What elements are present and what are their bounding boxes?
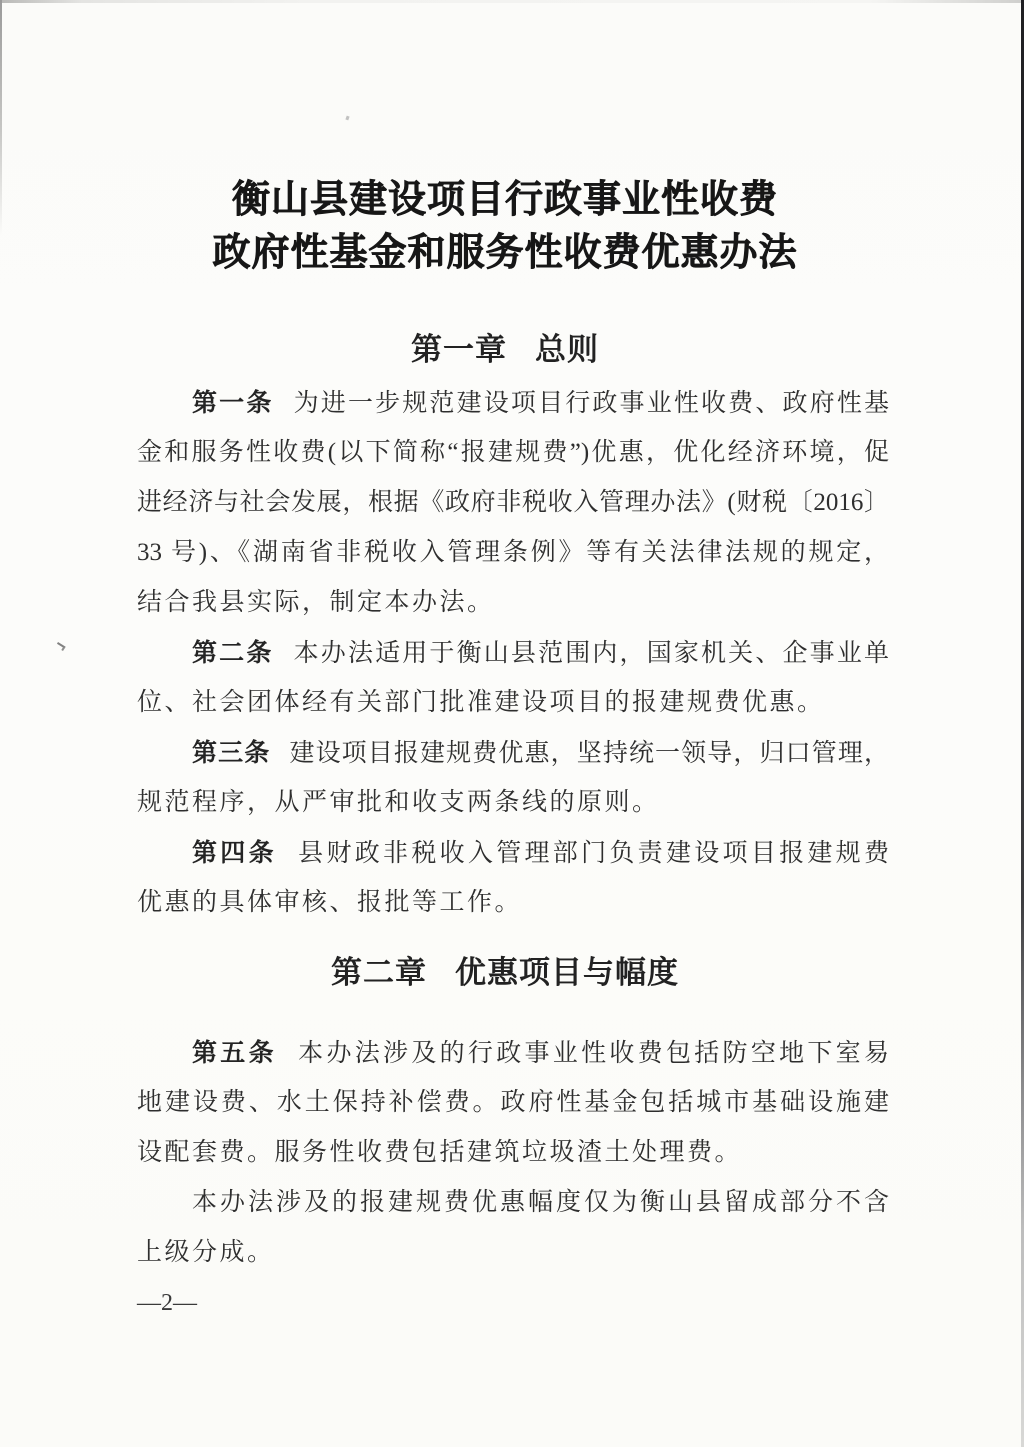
scanned-document-page: 衡山县建设项目行政事业性收费 政府性基金和服务性收费优惠办法 第一章总则 第一条… <box>0 0 1024 1447</box>
article-1-text: 为进一步规范建设项目行政事业性收费、政府性基 <box>291 390 889 417</box>
chapter-1-number: 第一章 <box>411 332 507 367</box>
article-5-line-2: 地建设费、水土保持补偿费。政府性基金包括城市基础设施建 <box>137 1078 889 1128</box>
scan-top-edge-shadow <box>0 0 1024 3</box>
page-number: —2— <box>137 1288 197 1318</box>
article-5-line-3: 设配套费。服务性收费包括建筑垃圾渣土处理费。 <box>137 1128 889 1178</box>
article-3-number: 第三条 <box>192 739 270 767</box>
scan-speck <box>55 642 65 651</box>
article-4-line-2: 优惠的具体审核、报批等工作。 <box>137 878 889 928</box>
chapter-1-heading: 第一章总则 <box>125 330 885 370</box>
article-2-text: 本办法适用于衡山县范围内，国家机关、企事业单 <box>291 640 889 667</box>
article-5-number: 第五条 <box>192 1039 277 1067</box>
article-2-line-2: 位、社会团体经有关部门批准建设项目的报建规费优惠。 <box>137 678 889 728</box>
article-5-text: 本办法涉及的行政事业性收费包括防空地下室易 <box>295 1040 889 1067</box>
article-4-text: 县财政非税收入管理部门负责建设项目报建规费 <box>295 840 889 867</box>
article-2-line-1: 第二条本办法适用于衡山县范围内，国家机关、企事业单 <box>137 628 889 678</box>
chapter-2-name: 优惠项目与幅度 <box>455 955 679 990</box>
article-5-paragraph-2-line-2: 上级分成。 <box>137 1228 889 1278</box>
chapter-2-number: 第二章 <box>331 955 427 990</box>
article-3-line-2: 规范程序，从严审批和收支两条线的原则。 <box>137 778 889 828</box>
body-text-chapter-2: 第五条本办法涉及的行政事业性收费包括防空地下室易 地建设费、水土保持补偿费。政府… <box>137 1028 889 1278</box>
article-2-number: 第二条 <box>192 639 273 667</box>
article-1-number: 第一条 <box>192 389 273 417</box>
article-1-line-2: 金和服务性收费(以下简称“报建规费”)优惠，优化经济环境，促 <box>137 428 889 478</box>
scan-speck <box>345 116 349 121</box>
article-1-line-4: 33 号)、《湖南省非税收入管理条例》等有关法律法规的规定， <box>137 528 889 578</box>
article-5-line-1: 第五条本办法涉及的行政事业性收费包括防空地下室易 <box>137 1028 889 1078</box>
body-text-chapter-1: 第一条为进一步规范建设项目行政事业性收费、政府性基 金和服务性收费(以下简称“报… <box>137 378 889 928</box>
scan-left-edge-line <box>0 0 2 235</box>
chapter-1-name: 总则 <box>535 332 599 367</box>
chapter-2-heading: 第二章优惠项目与幅度 <box>125 953 885 993</box>
article-1-line-1: 第一条为进一步规范建设项目行政事业性收费、政府性基 <box>137 378 889 428</box>
article-3-line-1: 第三条建设项目报建规费优惠，坚持统一领导，归口管理， <box>137 728 889 778</box>
article-1-line-5: 结合我县实际，制定本办法。 <box>137 578 889 628</box>
document-title: 衡山县建设项目行政事业性收费 政府性基金和服务性收费优惠办法 <box>125 174 885 280</box>
article-4-number: 第四条 <box>192 839 277 867</box>
article-3-text: 建设项目报建规费优惠，坚持统一领导，归口管理， <box>288 740 889 767</box>
document-title-line2: 政府性基金和服务性收费优惠办法 <box>125 227 885 280</box>
article-4-line-1: 第四条县财政非税收入管理部门负责建设项目报建规费 <box>137 828 889 878</box>
document-title-line1: 衡山县建设项目行政事业性收费 <box>125 174 885 227</box>
article-1-line-3: 进经济与社会发展，根据《政府非税收入管理办法》(财税〔2016〕 <box>137 478 889 528</box>
article-5-paragraph-2-line-1: 本办法涉及的报建规费优惠幅度仅为衡山县留成部分不含 <box>137 1178 889 1228</box>
